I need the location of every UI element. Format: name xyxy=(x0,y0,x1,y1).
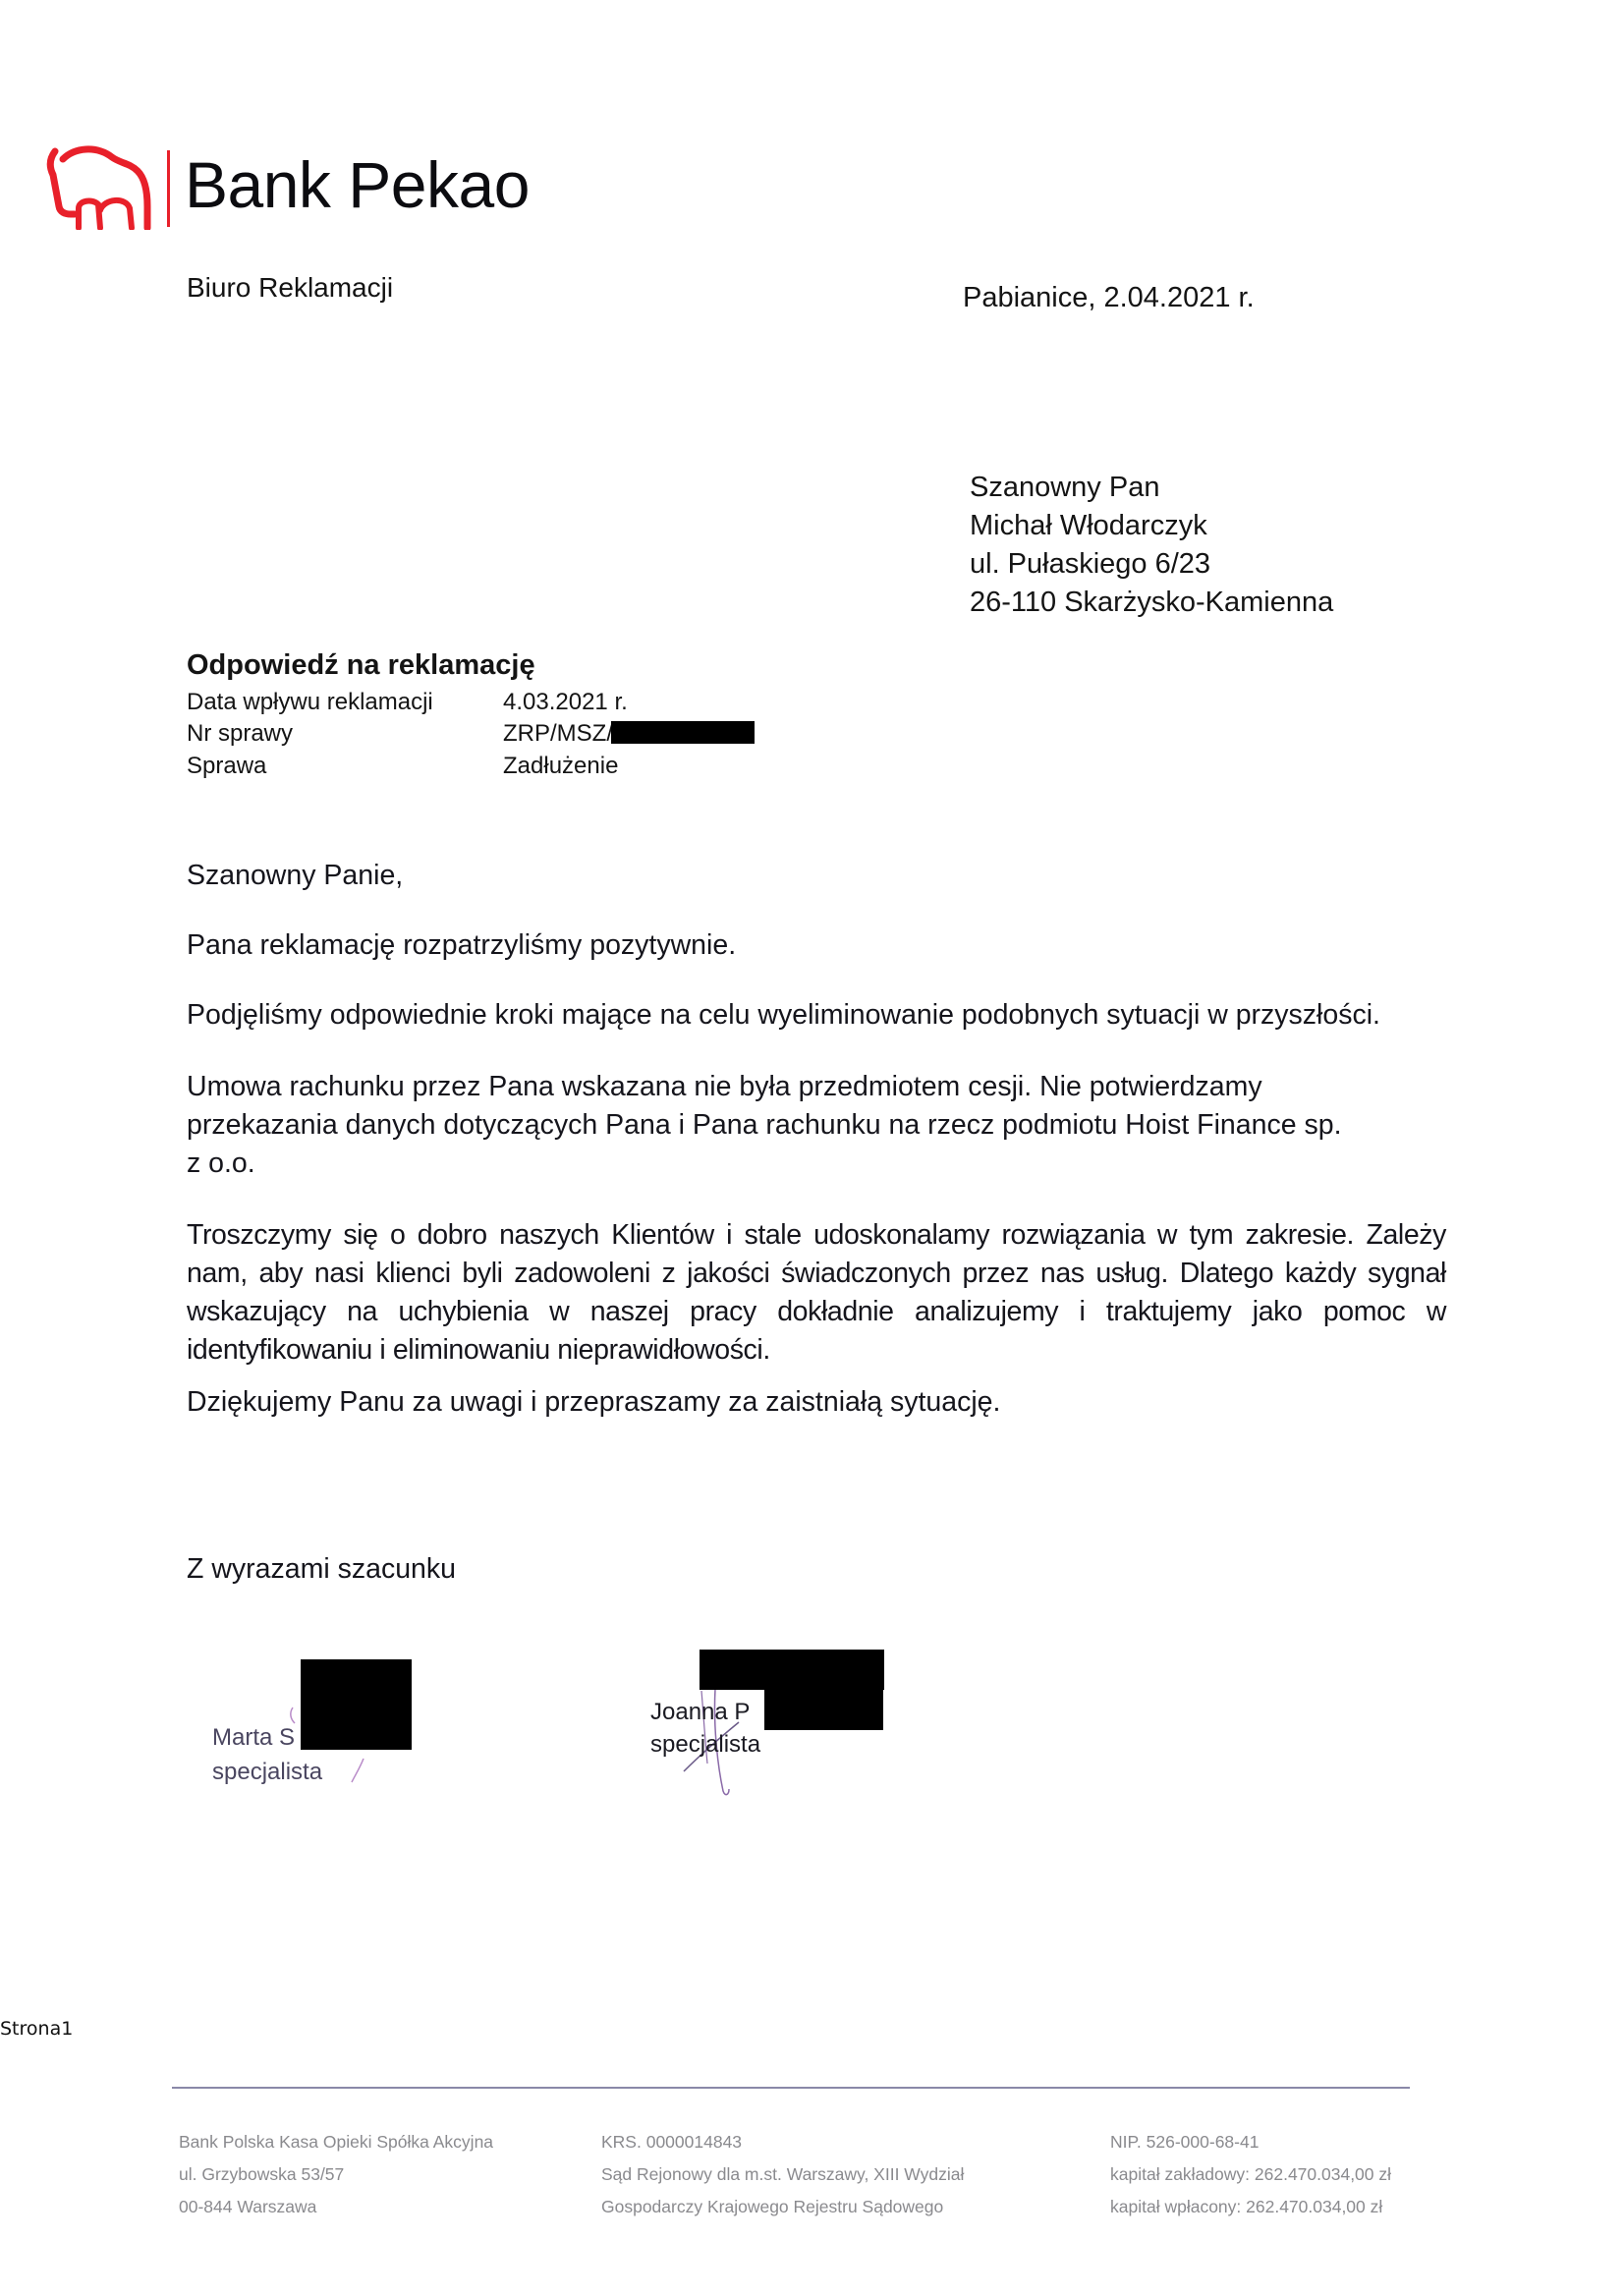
recipient-street: ul. Pułaskiego 6/23 xyxy=(970,545,1210,584)
signer-name: Marta S xyxy=(212,1724,295,1752)
footer-company-street: ul. Grzybowska 53/57 xyxy=(179,2158,493,2191)
subject-value-case-number: ZRP/MSZ/ xyxy=(503,719,613,749)
signer-title: specjalista xyxy=(650,1731,760,1759)
signature-redaction xyxy=(301,1659,412,1750)
closing: Z wyrazami szacunku xyxy=(187,1550,1449,1589)
footer-registry: KRS. 0000014843 Sąd Rejonowy dla m.st. W… xyxy=(601,2126,964,2223)
case-number-redaction xyxy=(611,721,755,744)
footer-share-capital: kapitał zakładowy: 262.470.034,00 zł xyxy=(1110,2158,1391,2191)
logo-divider xyxy=(167,150,170,227)
place-date: Pabianice, 2.04.2021 r. xyxy=(963,279,1255,317)
paragraph-2: Podjęliśmy odpowiednie kroki mające na c… xyxy=(187,996,1449,1035)
signer-title: specjalista xyxy=(212,1759,322,1786)
footer-tax-capital: NIP. 526-000-68-41 kapitał zakładowy: 26… xyxy=(1110,2126,1391,2223)
signature-redaction xyxy=(764,1689,883,1730)
subject-value-date: 4.03.2021 r. xyxy=(503,688,628,717)
paragraph-1: Pana reklamację rozpatrzyliśmy pozytywni… xyxy=(187,926,1449,965)
subject-title: Odpowiedź na reklamację xyxy=(187,646,535,685)
recipient-name: Michał Włodarczyk xyxy=(970,507,1207,545)
footer-company: Bank Polska Kasa Opieki Spółka Akcyjna u… xyxy=(179,2126,493,2223)
paragraph-3: Umowa rachunku przez Pana wskazana nie b… xyxy=(187,1068,1346,1183)
subject-label-matter: Sprawa xyxy=(187,752,266,781)
greeting: Szanowny Panie, xyxy=(187,857,1449,895)
footer-company-name: Bank Polska Kasa Opieki Spółka Akcyjna xyxy=(179,2126,493,2158)
brand-name: Bank Pekao xyxy=(185,145,530,224)
subject-label-date: Data wpływu reklamacji xyxy=(187,688,433,717)
footer-nip: NIP. 526-000-68-41 xyxy=(1110,2126,1391,2158)
footer-court-register: Gospodarczy Krajowego Rejestru Sądowego xyxy=(601,2191,964,2223)
subject-label-case-number: Nr sprawy xyxy=(187,719,293,749)
recipient-salutation: Szanowny Pan xyxy=(970,469,1159,507)
footer-company-city: 00-844 Warszawa xyxy=(179,2191,493,2223)
footer-court: Sąd Rejonowy dla m.st. Warszawy, XIII Wy… xyxy=(601,2158,964,2191)
recipient-city: 26-110 Skarżysko-Kamienna xyxy=(970,584,1333,622)
footer-divider xyxy=(172,2087,1410,2089)
bison-icon xyxy=(45,145,155,230)
page-number: Strona1 xyxy=(0,2018,73,2040)
department-name: Biuro Reklamacji xyxy=(187,271,393,305)
subject-value-matter: Zadłużenie xyxy=(503,752,618,781)
signer-name: Joanna P xyxy=(650,1699,750,1726)
footer-paid-capital: kapitał wpłacony: 262.470.034,00 zł xyxy=(1110,2191,1391,2223)
paragraph-4: Troszczymy się o dobro naszych Klientów … xyxy=(187,1216,1446,1370)
paragraph-5: Dziękujemy Panu za uwagi i przepraszamy … xyxy=(187,1383,1449,1422)
signature-redaction xyxy=(700,1650,884,1690)
footer-krs: KRS. 0000014843 xyxy=(601,2126,964,2158)
